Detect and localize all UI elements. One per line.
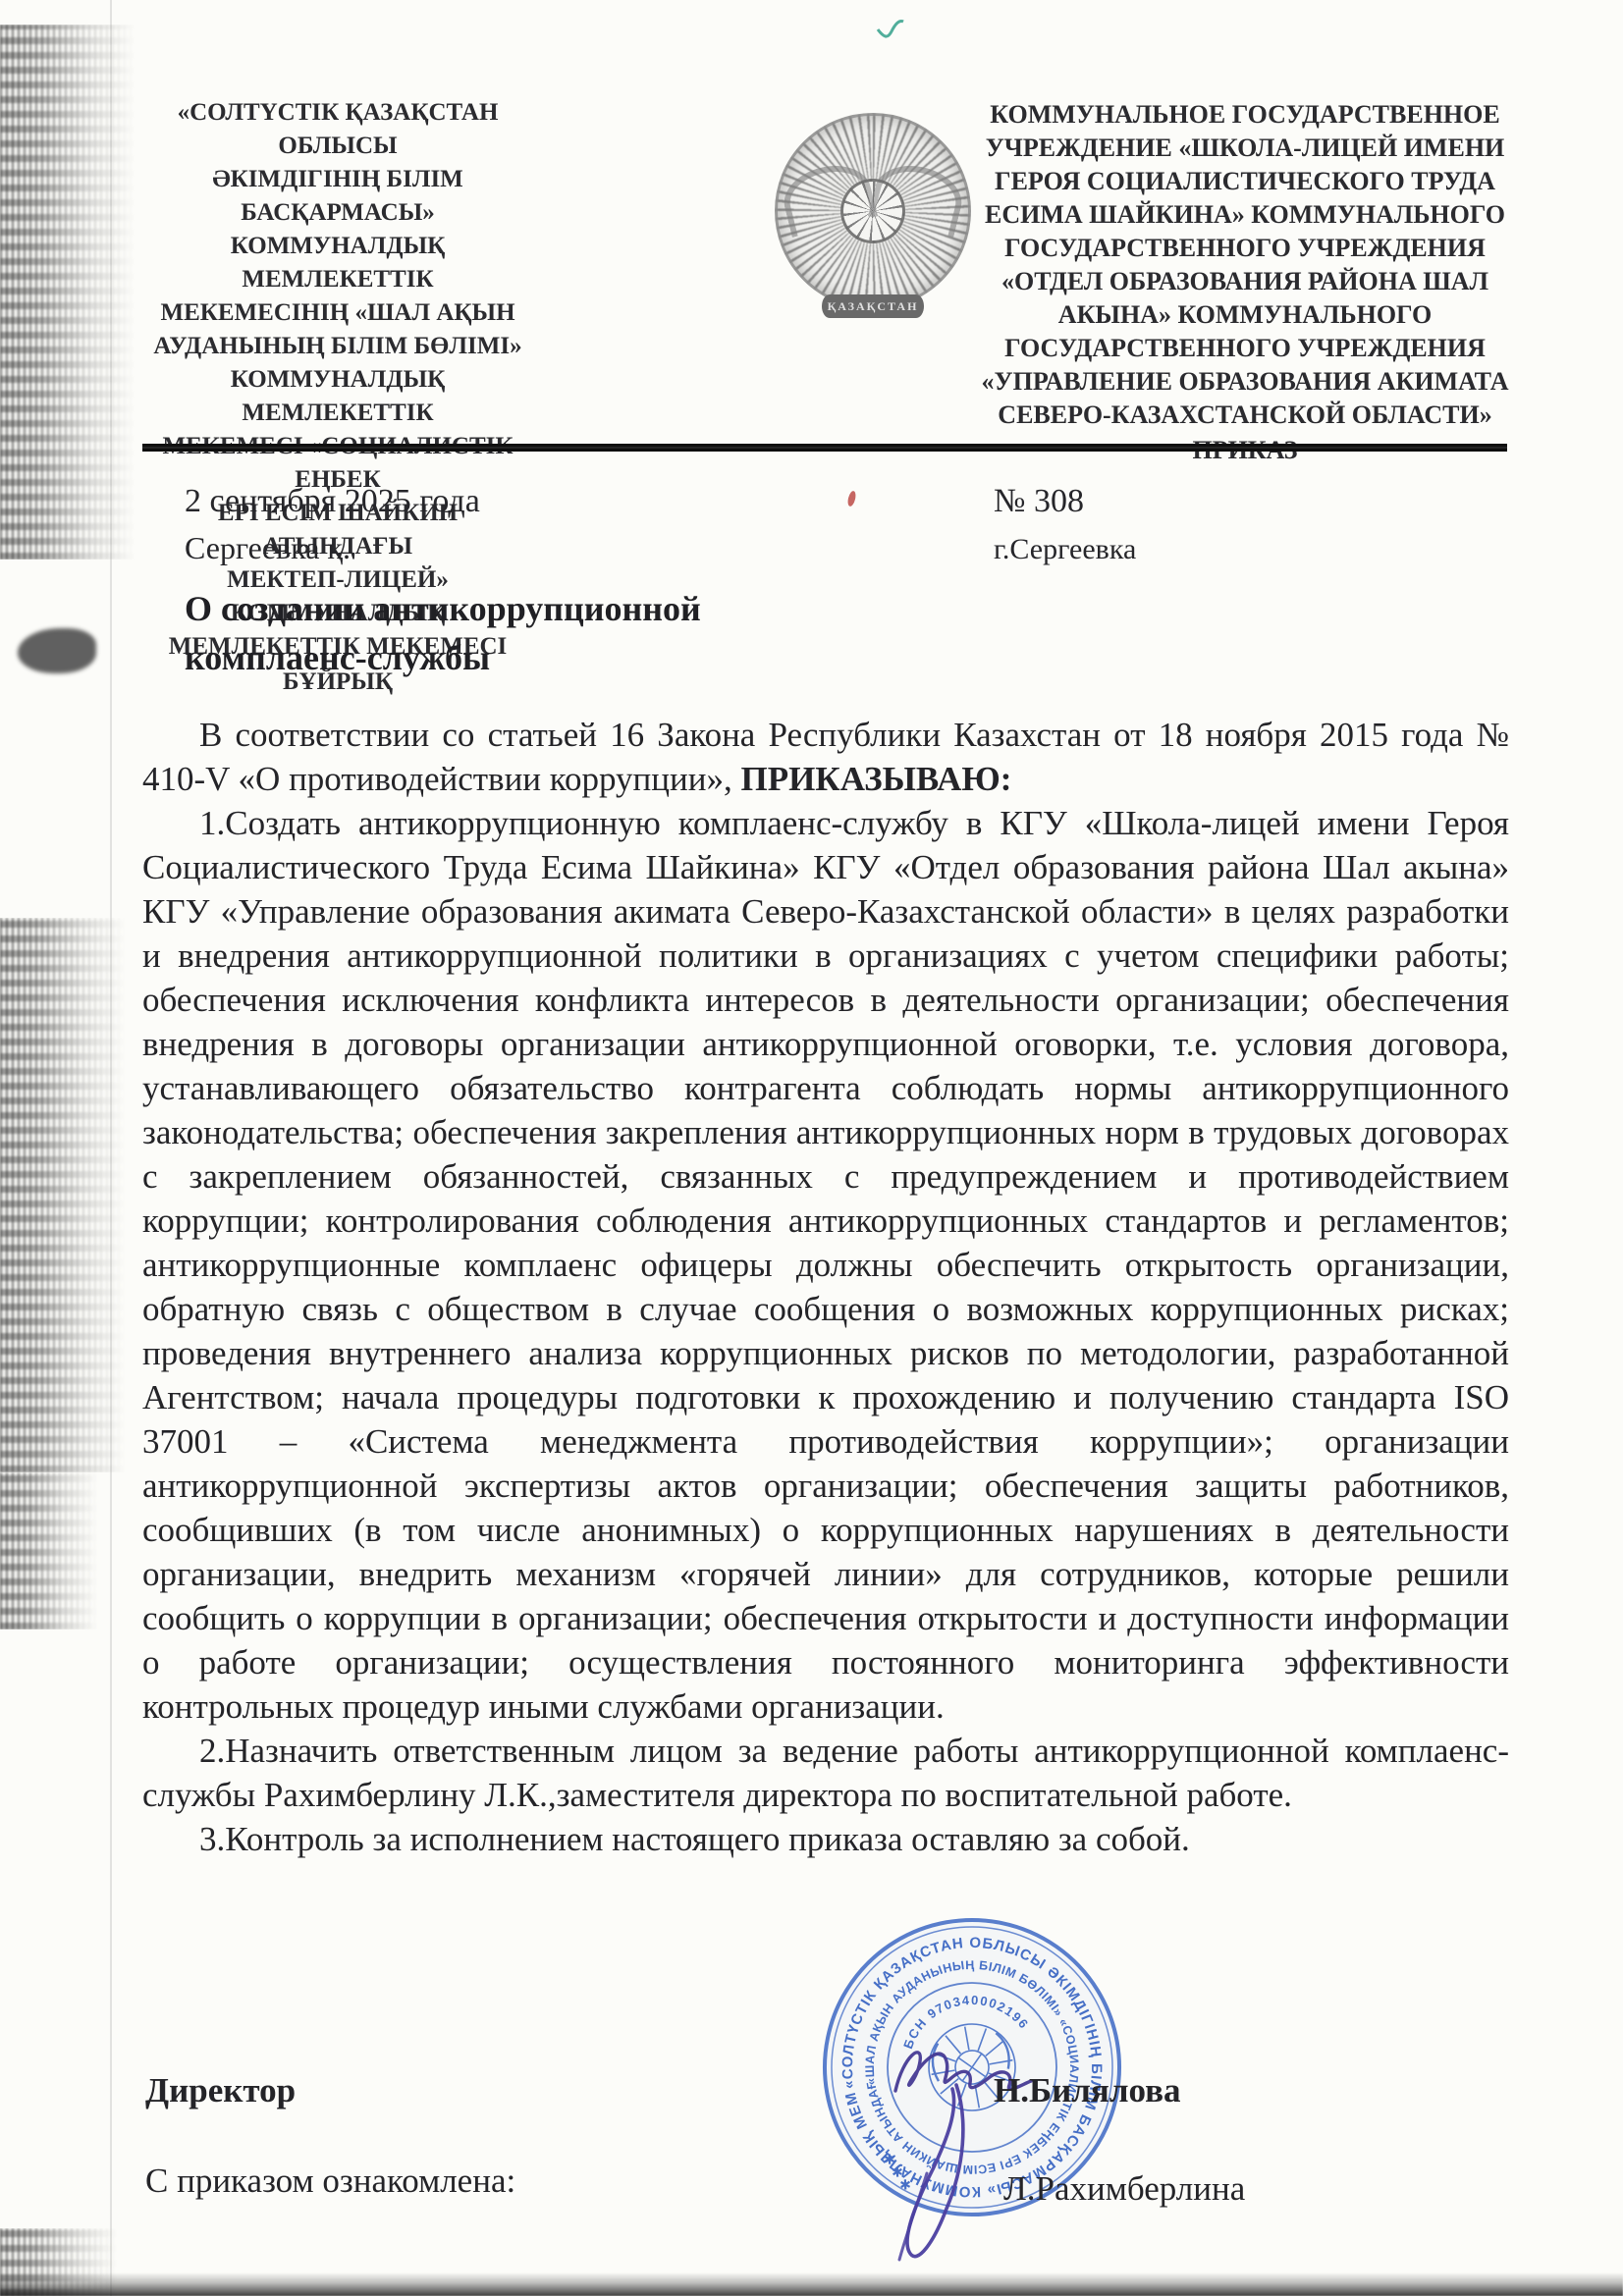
- emblem-shanyrak: [840, 179, 905, 243]
- director-name: Н.Билялова: [994, 2071, 1181, 2110]
- green-pen-mark: [874, 12, 907, 45]
- director-label: Директор: [145, 2071, 296, 2110]
- order-body: В соответствии со статьей 16 Закона Респ…: [142, 713, 1509, 1861]
- scan-smudge-top-left: [0, 25, 135, 560]
- acknowledgement-label: С приказом ознакомлена:: [145, 2162, 515, 2201]
- scan-smudge-bottom-left: [0, 2228, 118, 2296]
- order-number: № 308: [994, 483, 1084, 520]
- order-place-kazakh: Сергеевка қ.: [185, 530, 351, 566]
- acknowledgement-name: Л.Рахимберлина: [1003, 2169, 1245, 2209]
- scan-smudge-lower-left: [0, 1472, 98, 1629]
- paragraph-item-1: 1.Создать антикоррупционную комплаенс-сл…: [142, 801, 1509, 1729]
- prikazyvayu-word: ПРИКАЗЫВАЮ:: [740, 760, 1011, 798]
- paragraph-item-2: 2.Назначить ответственным лицом за веден…: [142, 1729, 1509, 1817]
- header-divider-rule: [142, 444, 1507, 452]
- order-place-russian: г.Сергеевка: [994, 533, 1136, 566]
- red-ink-speck: [846, 490, 857, 507]
- order-date: 2 сентября 2025 года: [185, 483, 480, 520]
- scan-smudge-mid-left: [0, 918, 126, 1472]
- scanned-order-page: «СОЛТҮСТІК ҚАЗАҚСТАН ОБЛЫСЫ ӘКІМДІГІНІҢ …: [0, 0, 1623, 2296]
- paragraph-preamble: В соответствии со статьей 16 Закона Респ…: [142, 713, 1509, 801]
- kazakhstan-state-emblem: ҚАЗАҚСТАН: [772, 110, 974, 324]
- scan-bottom-band: [0, 2272, 1623, 2296]
- scan-vertical-line: [110, 0, 112, 2296]
- order-title: О создании антикоррупционной комплаенс-с…: [185, 584, 1068, 682]
- org-name-kk: «СОЛТҮСТІК ҚАЗАҚСТАН ОБЛЫСЫ ӘКІМДІГІНІҢ …: [153, 99, 521, 660]
- emblem-banner: ҚАЗАҚСТАН: [822, 294, 924, 318]
- scan-blob-left: [18, 628, 96, 673]
- org-name-ru: КОММУНАЛЬНОЕ ГОСУДАРСТВЕННОЕ УЧРЕЖДЕНИЕ …: [982, 100, 1509, 429]
- header-org-russian: КОММУНАЛЬНОЕ ГОСУДАРСТВЕННОЕ УЧРЕЖДЕНИЕ …: [974, 65, 1516, 501]
- paragraph-item-3: 3.Контроль за исполнением настоящего при…: [142, 1817, 1509, 1861]
